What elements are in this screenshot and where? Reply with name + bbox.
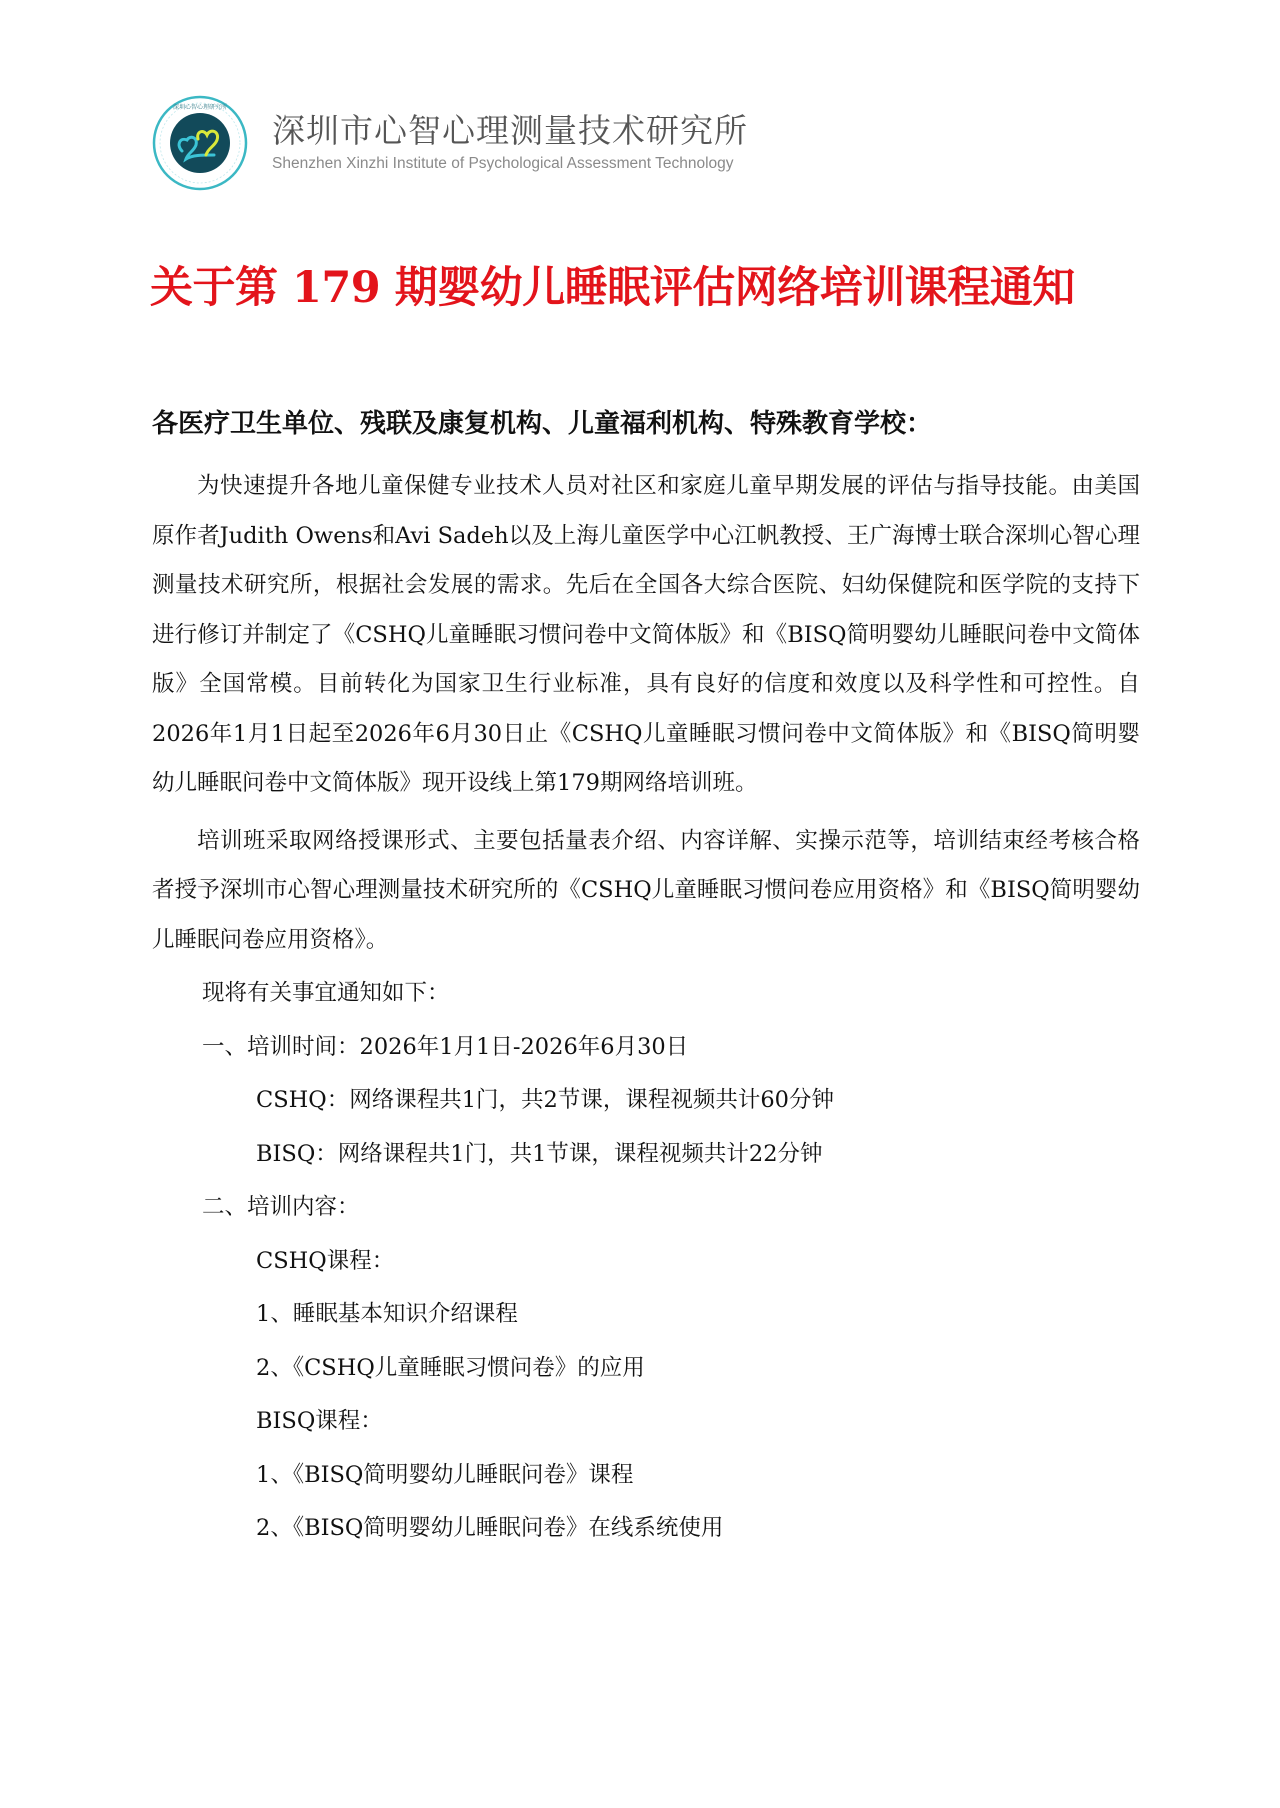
svg-text:深圳心智心理研究所: 深圳心智心理研究所 [173,103,227,111]
content-item-cshq-2: 2、《CSHQ儿童睡眠习惯问卷》的应用 [152,1344,1140,1394]
notice-body: 为快速提升各地儿童保健专业技术人员对社区和家庭儿童早期发展的评估与指导技能。由美… [152,462,1140,1554]
content-item-bisq-2: 2、《BISQ简明婴幼儿睡眠问卷》在线系统使用 [152,1504,1140,1554]
section-training-time-heading: 一、培训时间：2026年1月1日-2026年6月30日 [152,1023,1140,1073]
org-seal-logo-icon: 深圳心智心理研究所 [152,95,248,191]
org-name-chinese: 深圳市心智心理测量技术研究所 [272,111,748,151]
intro-line: 现将有关事宜通知如下： [152,969,1140,1019]
letterhead: 深圳心智心理研究所 深圳市心智心理测量技术研究所 Shenzhen Xinzhi… [152,95,748,191]
section-training-content-heading: 二、培训内容： [152,1183,1140,1233]
training-time-item-cshq: CSHQ：网络课程共1门，共2节课，课程视频共计60分钟 [152,1076,1140,1126]
paragraph-background: 为快速提升各地儿童保健专业技术人员对社区和家庭儿童早期发展的评估与指导技能。由美… [152,462,1140,809]
org-name-english: Shenzhen Xinzhi Institute of Psychologic… [272,153,748,175]
content-group-label-bisq: BISQ课程： [152,1397,1140,1447]
content-item-cshq-1: 1、睡眠基本知识介绍课程 [152,1290,1140,1340]
content-group-label-cshq: CSHQ课程： [152,1237,1140,1287]
content-item-bisq-1: 1、《BISQ简明婴幼儿睡眠问卷》课程 [152,1451,1140,1501]
notice-title: 关于第 179 期婴幼儿睡眠评估网络培训课程通知 [150,258,1150,318]
paragraph-format: 培训班采取网络授课形式、主要包括量表介绍、内容详解、实操示范等，培训结束经考核合… [152,817,1140,966]
training-time-item-bisq: BISQ：网络课程共1门，共1节课，课程视频共计22分钟 [152,1130,1140,1180]
salutation: 各医疗卫生单位、残联及康复机构、儿童福利机构、特殊教育学校： [152,402,932,446]
